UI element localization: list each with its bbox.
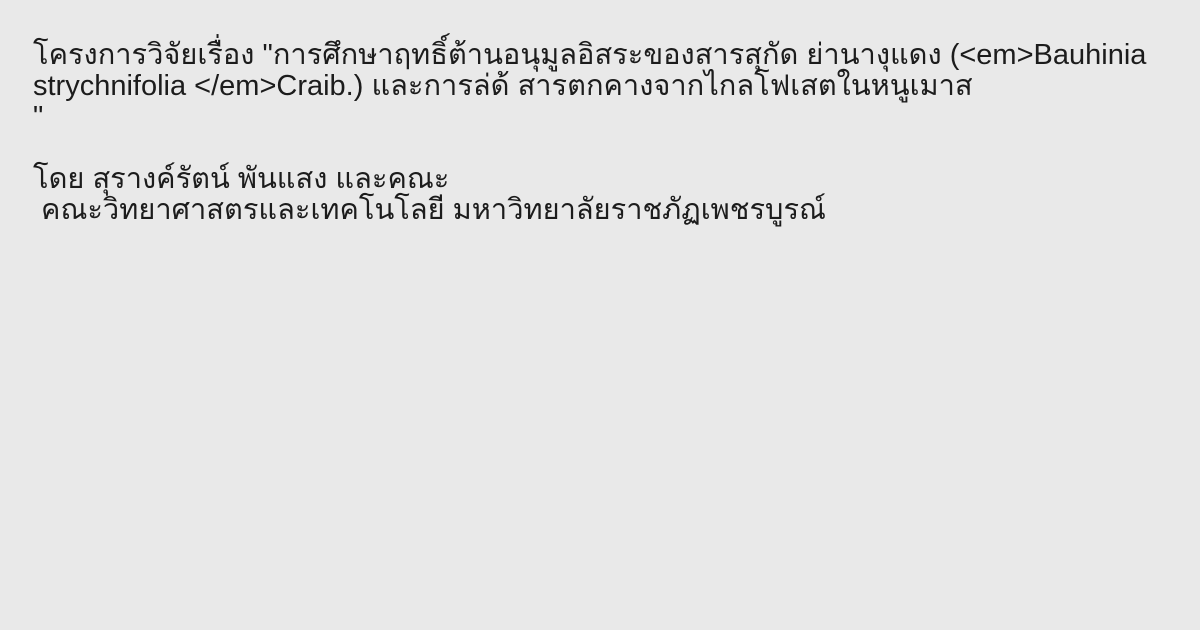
byline-block: โดย สุรางค์รัตน์ พันแสง และคณะ คณะวิทยาศ… <box>33 164 1167 226</box>
project-title-block: โครงการวิจัยเรื่อง "การศึกษาฤทธิ์ต้านอนุ… <box>33 40 1167 133</box>
affiliation-line: คณะวิทยาศาสตรและเทคโนโลยี มหาวิทยาลัยราช… <box>33 195 1167 226</box>
closing-quote-line: " <box>33 102 1167 133</box>
blank-spacer-line <box>33 133 1167 164</box>
title-line-2: strychnifolia </em>Craib.) และการล่ด้ สา… <box>33 71 1167 102</box>
title-line-1: โครงการวิจัยเรื่อง "การศึกษาฤทธิ์ต้านอนุ… <box>33 40 1167 71</box>
authors-line: โดย สุรางค์รัตน์ พันแสง และคณะ <box>33 164 1167 195</box>
research-share-card: โครงการวิจัยเรื่อง "การศึกษาฤทธิ์ต้านอนุ… <box>0 0 1200 630</box>
